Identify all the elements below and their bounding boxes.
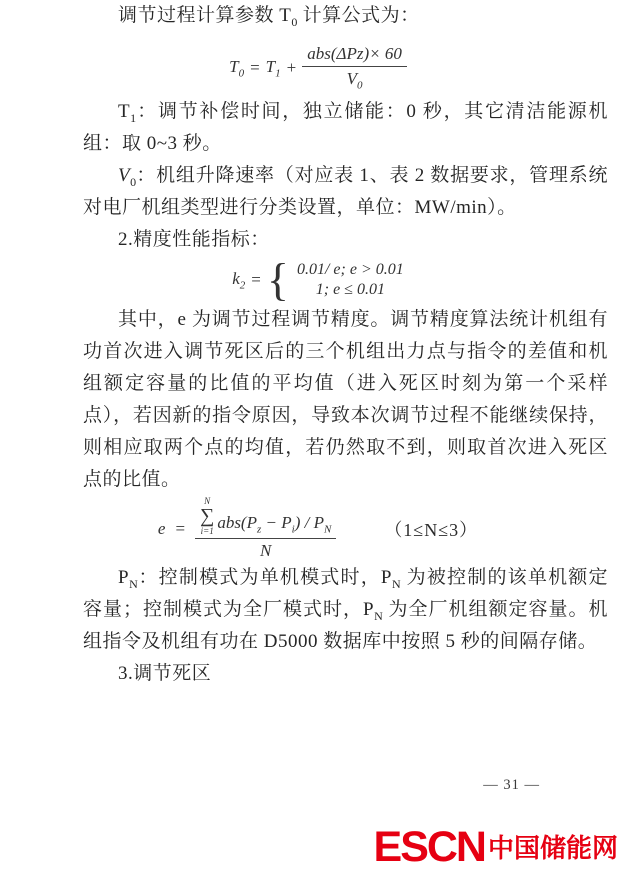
formula-k2-lhs: k2 [232,269,245,291]
escn-logo: ESCN 中国储能网 [374,826,618,869]
page-body: 调节过程计算参数 T0 计算公式为： T0 = T1 + abs(ΔPz)× 6… [83,0,608,690]
left-brace: { [267,258,289,302]
formula-t0-term1: T1 [266,57,281,79]
sum-lower-limit: i=1 [201,527,214,536]
formula-t0-fraction: abs(ΔPz)× 60 V0 [302,44,407,92]
paragraph-pn: PN：控制模式为单机模式时，PN 为被控制的该单机额定容量；控制模式为全厂模式时… [83,562,608,658]
formula-e-fraction: N ∑ i=1 abs(Pz − Pi) / PN N [195,497,336,561]
intro-text: 调节过程计算参数 T [118,5,291,26]
t1-text: ：调节补偿时间，独立储能：0 秒，其它清洁能源机组：取 0~3 秒。 [83,101,608,154]
formula-e-lhs: e [158,519,166,539]
equals-sign: = [251,270,261,290]
fraction-denominator: N [260,539,271,561]
pn-subscript: N [129,577,138,591]
document-page: 调节过程计算参数 T0 计算公式为： T0 = T1 + abs(ΔPz)× 6… [0,0,620,876]
case-1: 0.01/ e; e > 0.01 [297,260,404,280]
escn-logo-chinese: 中国储能网 [488,835,618,861]
equals-sign: = [250,58,260,78]
fraction-denominator: V0 [347,67,363,92]
paragraph-v0: V0：机组升降速率（对应表 1、表 2 数据要求，管理系统对电厂机组类型进行分类… [83,160,608,224]
formula-t0: T0 = T1 + abs(ΔPz)× 60 V0 [83,40,608,96]
formula-e-condition: （1≤N≤3） [384,516,478,542]
page-number: — 31 — [483,777,540,794]
formula-t0-lhs: T0 [229,57,244,79]
case-2: 1; e ≤ 0.01 [316,280,385,300]
paragraph-e-description: 其中，e 为调节过程调节精度。调节精度算法统计机组有功首次进入调节死区后的三个机… [83,304,608,496]
summation-symbol: N ∑ i=1 [200,497,214,536]
formula-e: e = N ∑ i=1 abs(Pz − Pi) / PN N （1≤N≤3） [83,498,608,560]
intro-text-end: 计算公式为： [297,5,419,26]
numerator-expression: abs(Pz − Pi) / PN [217,513,331,536]
heading-precision: 2.精度性能指标： [83,224,608,256]
v0-text: ：机组升降速率（对应表 1、表 2 数据要求，管理系统对电厂机组类型进行分类设置… [83,165,608,218]
pn-symbol: P [118,567,129,588]
pn-text-1: ：控制模式为单机模式时，P [138,567,392,588]
equals-sign: = [175,519,185,539]
paragraph-t1: T1：调节补偿时间，独立储能：0 秒，其它清洁能源机组：取 0~3 秒。 [83,96,608,160]
heading-deadband: 3.调节死区 [83,658,608,690]
sigma-icon: ∑ [200,506,214,527]
escn-logo-latin: ESCN [374,826,485,869]
formula-k2: k2 = { 0.01/ e; e > 0.01 1; e ≤ 0.01 [83,258,608,302]
fraction-numerator: abs(ΔPz)× 60 [302,44,407,67]
plus-sign: + [287,58,297,78]
fraction-numerator: N ∑ i=1 abs(Pz − Pi) / PN [195,497,336,539]
pn-subscript: N [392,577,401,591]
paragraph-intro: 调节过程计算参数 T0 计算公式为： [83,0,608,32]
t1-symbol: T [118,101,130,122]
formula-k2-cases: 0.01/ e; e > 0.01 1; e ≤ 0.01 [297,260,404,300]
v0-symbol: V [118,165,130,186]
pn-subscript: N [374,609,383,623]
